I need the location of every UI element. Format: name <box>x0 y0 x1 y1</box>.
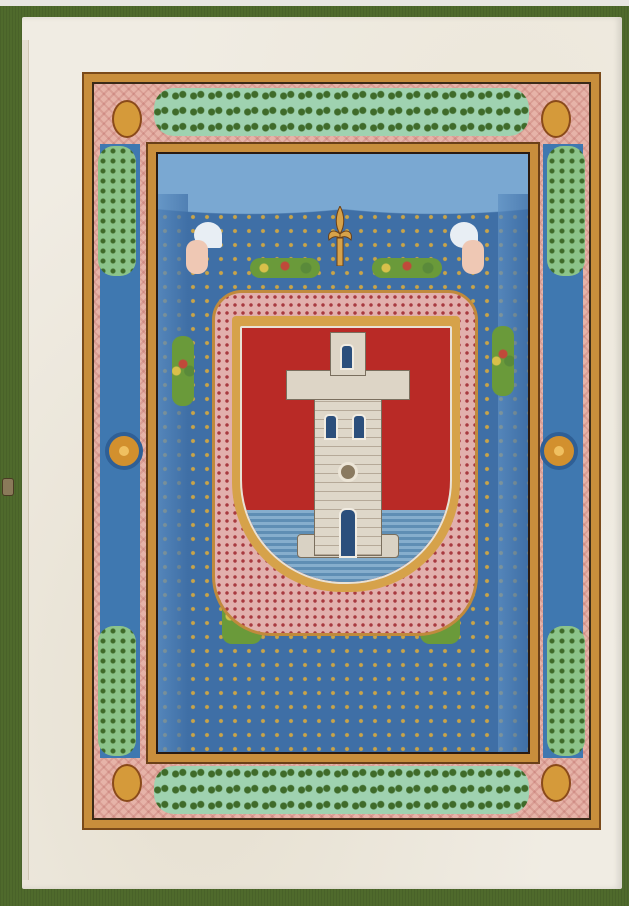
background-strip <box>0 0 629 6</box>
foliate-panel-left-top <box>98 146 136 276</box>
foliate-panel-right-bottom <box>547 626 585 756</box>
fleur-de-lis-icon <box>327 206 353 266</box>
cherub-body <box>462 240 484 274</box>
tower-window-right <box>352 414 366 440</box>
cherub-left <box>176 222 220 282</box>
foliate-panel-right-top <box>547 146 585 276</box>
medallion-top-right <box>541 100 571 138</box>
curtain-right <box>498 194 528 752</box>
cherub-right <box>452 222 496 282</box>
medallion-bottom-left <box>112 764 142 802</box>
tower-window-left <box>324 414 338 440</box>
turret-window <box>340 344 354 370</box>
medallion-bottom-right <box>541 764 571 802</box>
medallion-top-left <box>112 100 142 138</box>
rosette-left <box>105 432 143 470</box>
cherub-body <box>186 240 208 274</box>
page-edge <box>22 40 29 880</box>
rosette-right <box>540 432 578 470</box>
heraldic-shield <box>240 326 452 584</box>
foliate-band-bottom <box>154 766 529 814</box>
tower-door <box>339 508 357 558</box>
fruit-garland-side-left <box>172 336 194 406</box>
tower-oculus <box>338 462 358 482</box>
fruit-garland-left <box>250 258 320 278</box>
foliate-band-top <box>154 88 529 136</box>
fruit-garland-right <box>372 258 442 278</box>
book-clasp <box>2 478 14 496</box>
fruit-garland-side-right <box>492 326 514 396</box>
foliate-panel-left-bottom <box>98 626 136 756</box>
